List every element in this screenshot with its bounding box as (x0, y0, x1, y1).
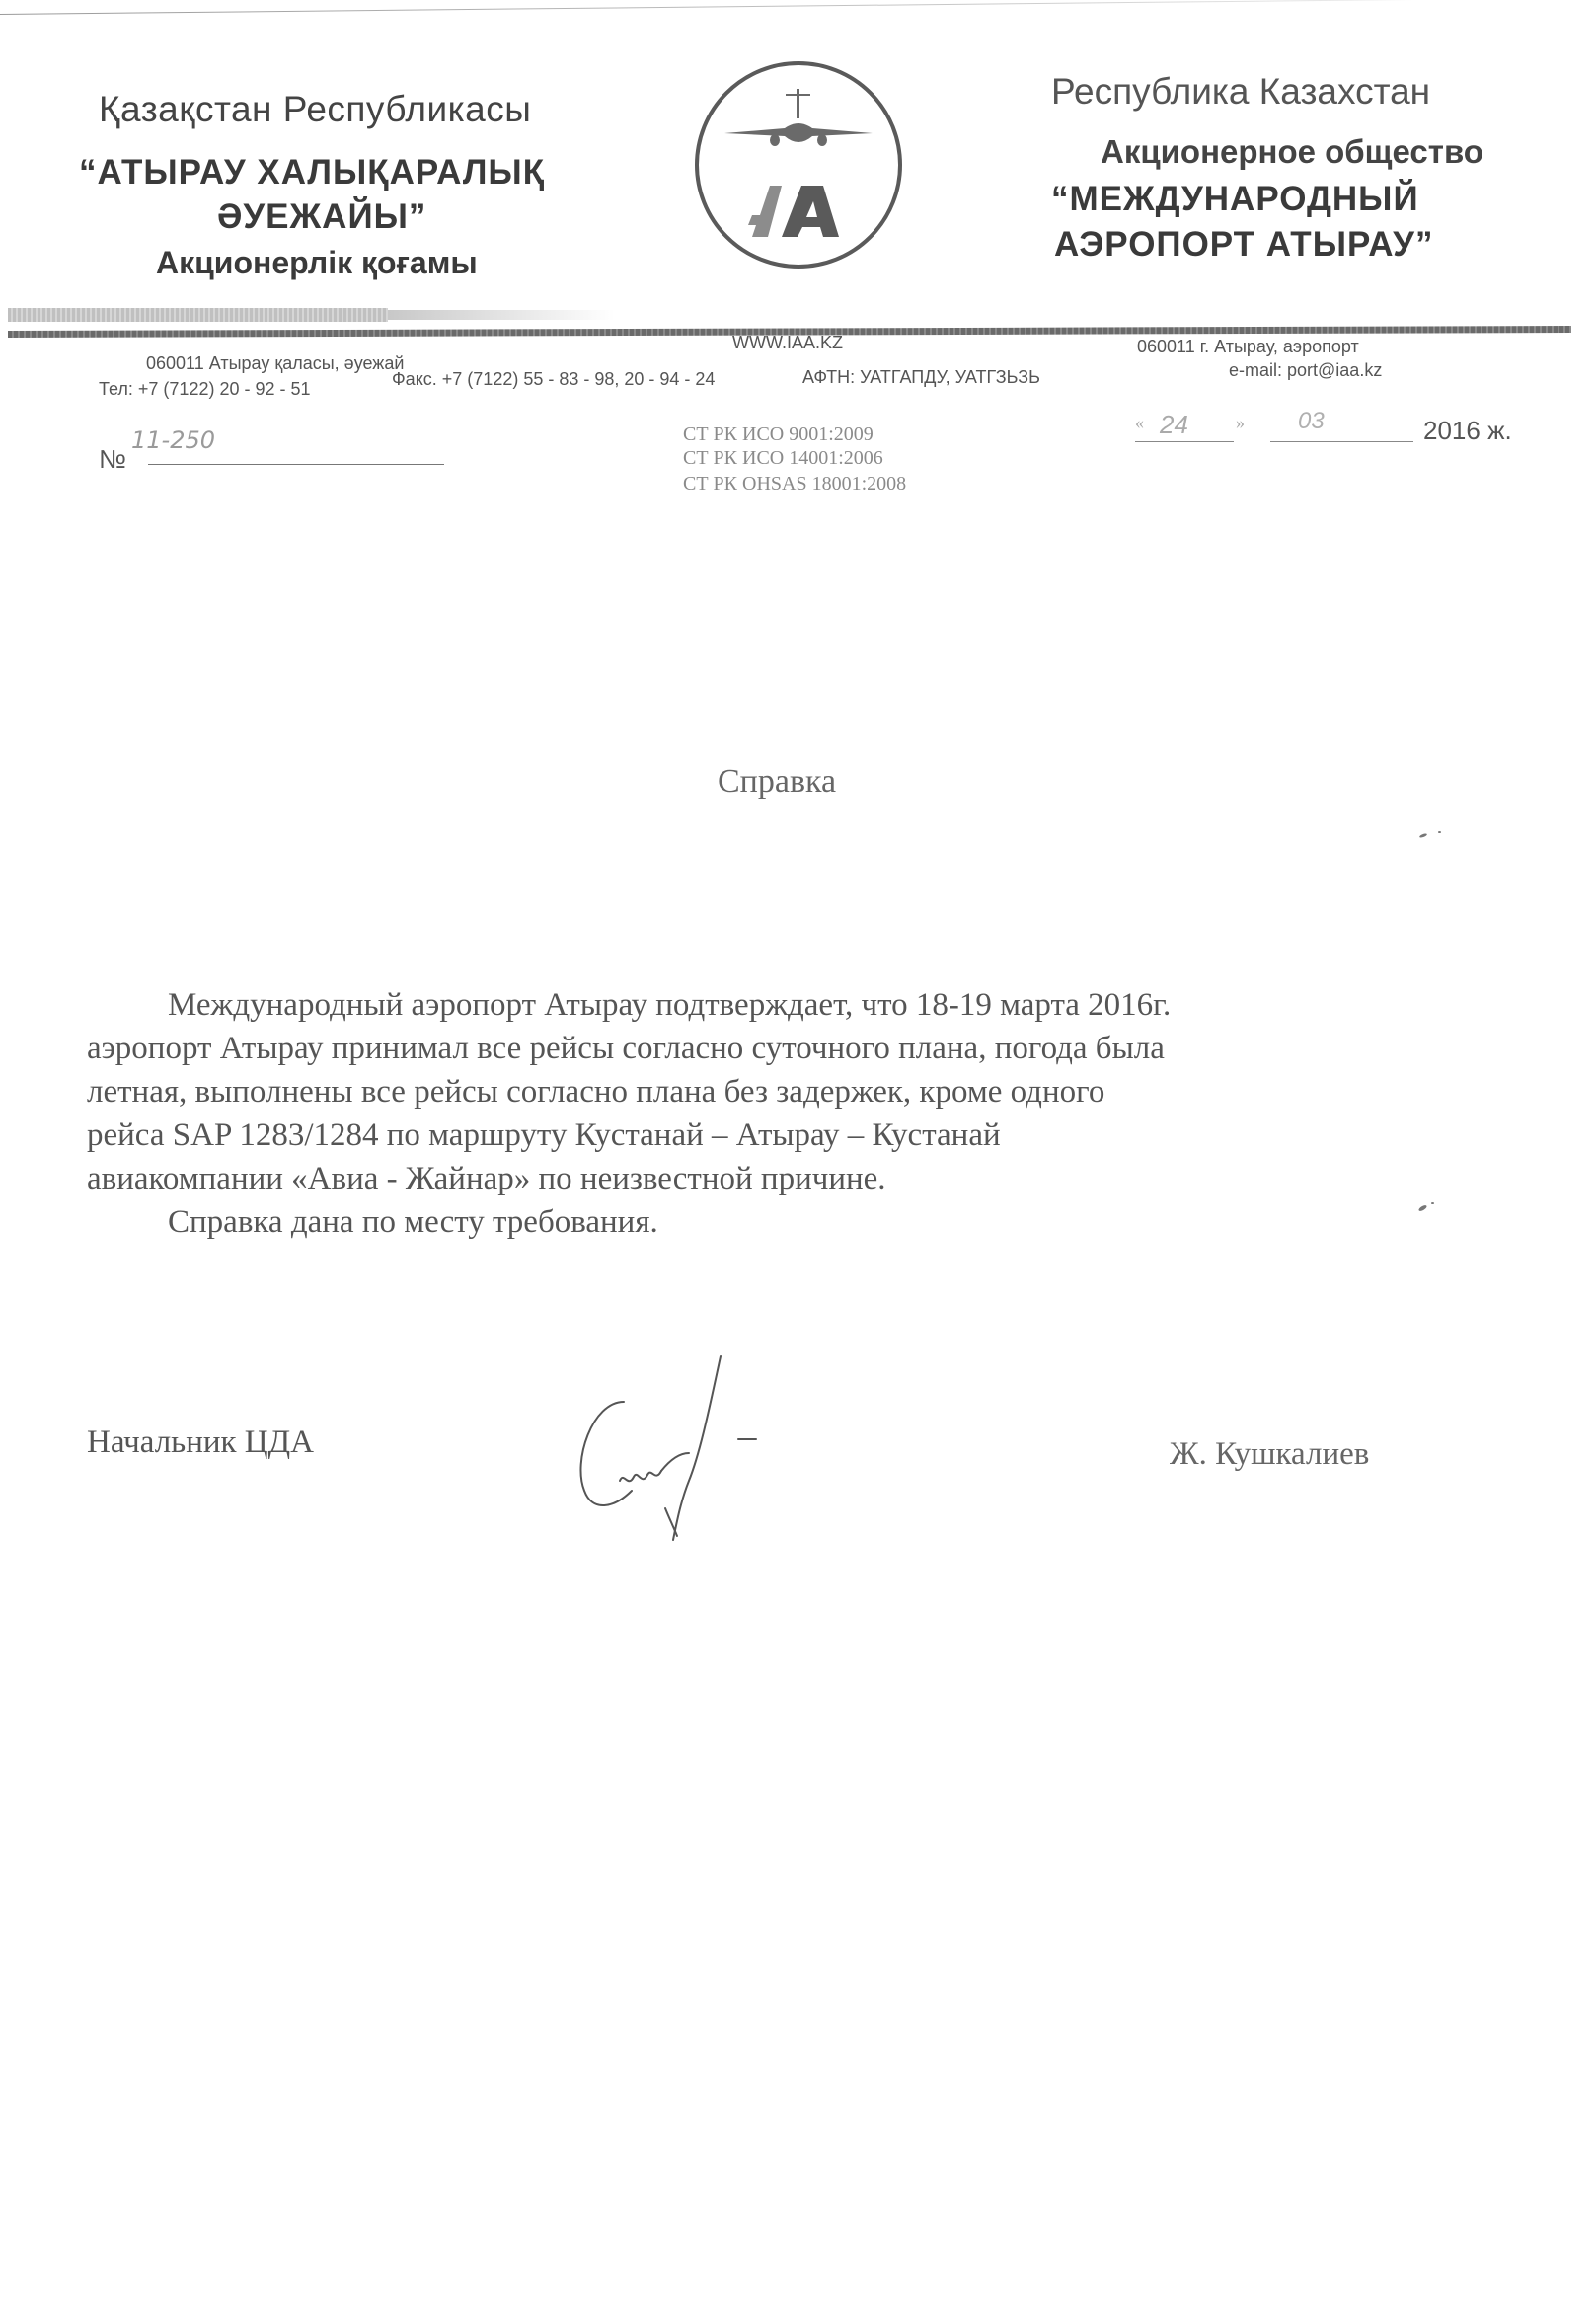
airport-logo-icon (691, 57, 906, 272)
scan-speck (1419, 833, 1428, 839)
handwritten-signature-icon (563, 1343, 809, 1560)
body-line: Справка дана по месту требования. (87, 1200, 1400, 1244)
document-title: Справка (718, 763, 836, 801)
contact-aftn: АФТН: УАТГАПДУ, УАТГЗЬЗЬ (802, 367, 1040, 388)
header-divider-light (8, 308, 388, 322)
standard-iso-14001: СТ РК ИСО 14001:2006 (683, 448, 883, 468)
date-quote-open: « (1135, 413, 1144, 433)
document-body: Международный аэропорт Атырау подтвержда… (87, 983, 1400, 1244)
reference-number-underline (148, 464, 444, 465)
reference-number-value: 11-250 (131, 426, 215, 454)
header-country-kz: Қазақстан Республикасы (99, 89, 531, 130)
date-day: 24 (1160, 410, 1188, 440)
date-day-underline (1135, 441, 1234, 442)
body-line: Международный аэропорт Атырау подтвержда… (87, 983, 1400, 1027)
scan-edge-line (0, 0, 1596, 15)
header-company-form-ru: Акционерное общество (1101, 133, 1483, 171)
scan-speck (1438, 831, 1441, 833)
reference-number-label: № (99, 444, 126, 475)
header-company-ru-line2: АЭРОПОРТ АТЫРАУ” (1054, 225, 1433, 265)
scan-speck (1418, 1204, 1428, 1212)
date-year: 2016 ж. (1423, 416, 1512, 446)
header-divider-light-fade (388, 310, 615, 320)
standard-iso-9001: СТ РК ИСО 9001:2009 (683, 424, 874, 444)
body-line: рейса SAP 1283/1284 по маршруту Кустанай… (87, 1114, 1400, 1157)
signatory-name: Ж. Кушкалиев (1170, 1436, 1369, 1473)
header-country-ru: Республика Казахстан (1051, 71, 1430, 113)
standard-ohsas-18001: СТ РК OHSAS 18001:2008 (683, 474, 906, 494)
date-quote-close: » (1236, 413, 1245, 433)
airplane-icon (724, 89, 873, 146)
header-company-ru-line1: “МЕЖДУНАРОДНЫЙ (1051, 180, 1419, 219)
date-month: 03 (1298, 408, 1325, 435)
body-line: аэропорт Атырау принимал все рейсы согла… (87, 1027, 1400, 1070)
contact-address-kz: 060011 Атырау қаласы, әуежай (146, 353, 404, 374)
contact-phone: Тел: +7 (7122) 20 - 92 - 51 (99, 379, 311, 400)
body-line: летная, выполнены все рейсы согласно пла… (87, 1070, 1400, 1114)
signatory-role: Начальник ЦДА (87, 1424, 314, 1461)
contact-email: e-mail: port@iaa.kz (1229, 360, 1382, 381)
body-line: авиакомпании «Авиа - Жайнар» по неизвест… (87, 1157, 1400, 1200)
contact-address-ru: 060011 г. Атырау, аэропорт (1137, 337, 1359, 357)
contact-fax: Факс. +7 (7122) 55 - 83 - 98, 20 - 94 - … (392, 369, 715, 390)
header-company-kz-line2: ӘУЕЖАЙЫ” (217, 197, 426, 237)
contact-website: WWW.IAA.KZ (732, 333, 843, 353)
header-company-form-kz: Акционерлік қоғамы (156, 245, 478, 281)
date-month-underline (1270, 441, 1413, 442)
scan-speck (1431, 1202, 1434, 1204)
header-company-kz-line1: “АТЫРАУ ХАЛЫҚАРАЛЫҚ (79, 153, 545, 192)
